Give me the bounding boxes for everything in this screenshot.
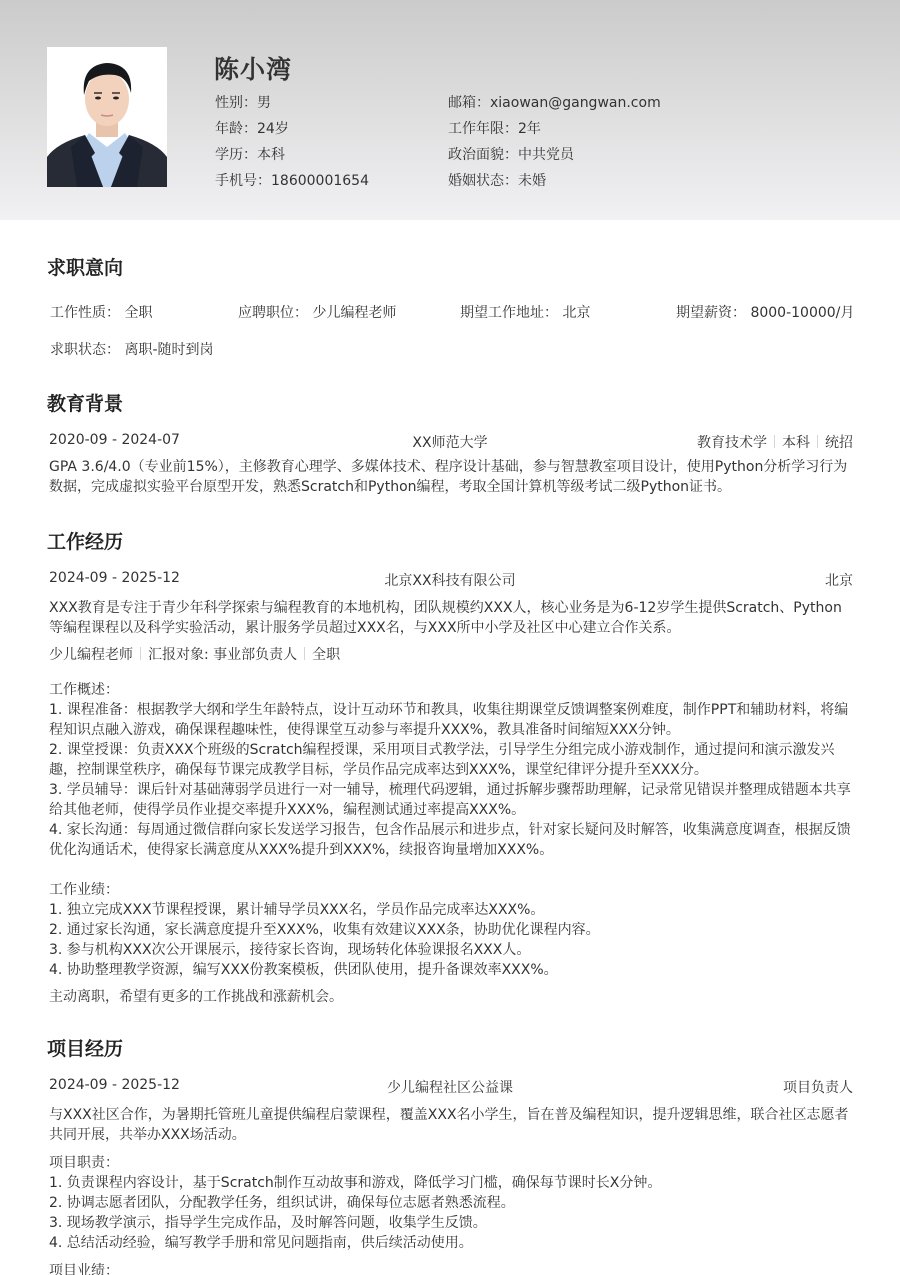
intent-position: 应聘职位： 少儿编程老师 [238, 302, 396, 322]
work-entry-header: 2024-09 - 2025-12 北京XX科技有限公司 北京 [47, 570, 853, 592]
work-overview-item: 1. 课程准备：根据教学大纲和学生年龄特点，设计互动环节和教具，收集往期课堂反馈… [47, 700, 853, 740]
project-results-title: 项目业绩： [47, 1261, 853, 1275]
work-overview-item: 3. 学员辅导：课后针对基础薄弱学员进行一对一辅导，梳理代码逻辑，通过拆解步骤帮… [47, 780, 853, 820]
project-duty-item: 3. 现场教学演示，指导学生完成作品，及时解答问题，收集学生反馈。 [47, 1213, 853, 1233]
work-overview-title: 工作概述： [47, 680, 853, 700]
company-description: XXX教育是专注于青少年科学探索与编程教育的本地机构，团队规模约XXX人，核心业… [47, 598, 853, 638]
info-phone: 手机号：18600001654 [215, 170, 369, 196]
intent-status: 求职状态： 离职-随时到岗 [50, 339, 214, 359]
divider [304, 647, 305, 660]
info-education: 学历：本科 [215, 144, 369, 170]
project-role: 项目负责人 [783, 1077, 853, 1097]
education-tags: 教育技术学本科统招 [697, 432, 853, 452]
resume-header: 陈小湾 性别：男 年龄：24岁 学历：本科 手机号：18600001654 邮箱… [0, 0, 900, 220]
info-gender: 性别：男 [215, 92, 369, 118]
project-duty-item: 4. 总结活动经验，编写教学手册和常见问题指南，供后续活动使用。 [47, 1233, 853, 1253]
profile-photo [47, 47, 167, 187]
section-work-experience: 工作经历 2024-09 - 2025-12 北京XX科技有限公司 北京 XXX… [47, 527, 853, 1007]
candidate-name: 陈小湾 [214, 50, 292, 86]
info-work-years: 工作年限：2年 [448, 118, 661, 144]
company-name: 北京XX科技有限公司 [47, 570, 853, 590]
work-achievement-item: 3. 参与机构XXX次公开课展示，接待家长咨询，现场转化体验课报名XXX人。 [47, 940, 853, 960]
work-tags: 少儿编程老师汇报对象: 事业部负责人全职 [47, 645, 853, 665]
project-description: 与XXX社区合作，为暑期托管班儿童提供编程启蒙课程，覆盖XXX名小学生，旨在普及… [47, 1105, 853, 1145]
info-email: 邮箱：xiaowan@gangwan.com [448, 92, 661, 118]
work-overview-item: 2. 课堂授课：负责XXX个班级的Scratch编程授课，采用项目式教学法，引导… [47, 740, 853, 780]
section-project-experience: 项目经历 2024-09 - 2025-12 少儿编程社区公益课 项目负责人 与… [47, 1034, 853, 1275]
info-age: 年龄：24岁 [215, 118, 369, 144]
work-overview-item: 4. 家长沟通：每周通过微信群向家长发送学习报告，包含作品展示和进步点，针对家长… [47, 820, 853, 860]
intent-salary: 期望薪资： 8000-10000/月 [676, 302, 854, 322]
basic-info-left: 性别：男 年龄：24岁 学历：本科 手机号：18600001654 [215, 92, 369, 196]
project-duties-title: 项目职责： [47, 1153, 853, 1173]
project-duty-item: 1. 负责课程内容设计，基于Scratch制作互动故事和游戏，降低学习门槛，确保… [47, 1173, 853, 1193]
intent-job-type: 工作性质： 全职 [50, 302, 152, 322]
section-job-intent: 求职意向 [47, 253, 853, 283]
section-title: 求职意向 [47, 253, 853, 283]
portrait-image [47, 47, 167, 187]
info-political-status: 政治面貌：中共党员 [448, 144, 661, 170]
work-achievement-item: 2. 通过家长沟通，家长满意度提升至XXX%，收集有效建议XXX条，协助优化课程… [47, 920, 853, 940]
work-location: 北京 [825, 570, 853, 590]
divider [774, 435, 775, 448]
info-marital-status: 婚姻状态：未婚 [448, 170, 661, 196]
divider [817, 435, 818, 448]
work-achievement-item: 4. 协助整理教学资源，编写XXX份教案模板，供团队使用，提升备课效率XXX%。 [47, 960, 853, 980]
work-achievements-title: 工作业绩： [47, 880, 853, 900]
section-education: 教育背景 2020-09 - 2024-07 XX师范大学 教育技术学本科统招 … [47, 389, 853, 497]
work-achievement-item: 1. 独立完成XXX节课程授课，累计辅导学员XXX名，学员作品完成率达XXX%。 [47, 900, 853, 920]
project-duty-item: 2. 协调志愿者团队，分配教学任务，组织试讲，确保每位志愿者熟悉流程。 [47, 1193, 853, 1213]
section-title: 教育背景 [47, 389, 853, 419]
intent-location: 期望工作地址： 北京 [460, 302, 590, 322]
project-name: 少儿编程社区公益课 [47, 1077, 853, 1097]
education-entry-header: 2020-09 - 2024-07 XX师范大学 教育技术学本科统招 [47, 432, 853, 454]
basic-info-right: 邮箱：xiaowan@gangwan.com 工作年限：2年 政治面貌：中共党员… [448, 92, 661, 196]
section-title: 工作经历 [47, 527, 853, 557]
project-entry-header: 2024-09 - 2025-12 少儿编程社区公益课 项目负责人 [47, 1077, 853, 1099]
education-description: GPA 3.6/4.0（专业前15%），主修教育心理学、多媒体技术、程序设计基础… [47, 457, 853, 497]
section-title: 项目经历 [47, 1034, 853, 1064]
divider [140, 647, 141, 660]
leave-reason: 主动离职，希望有更多的工作挑战和涨薪机会。 [47, 987, 853, 1007]
